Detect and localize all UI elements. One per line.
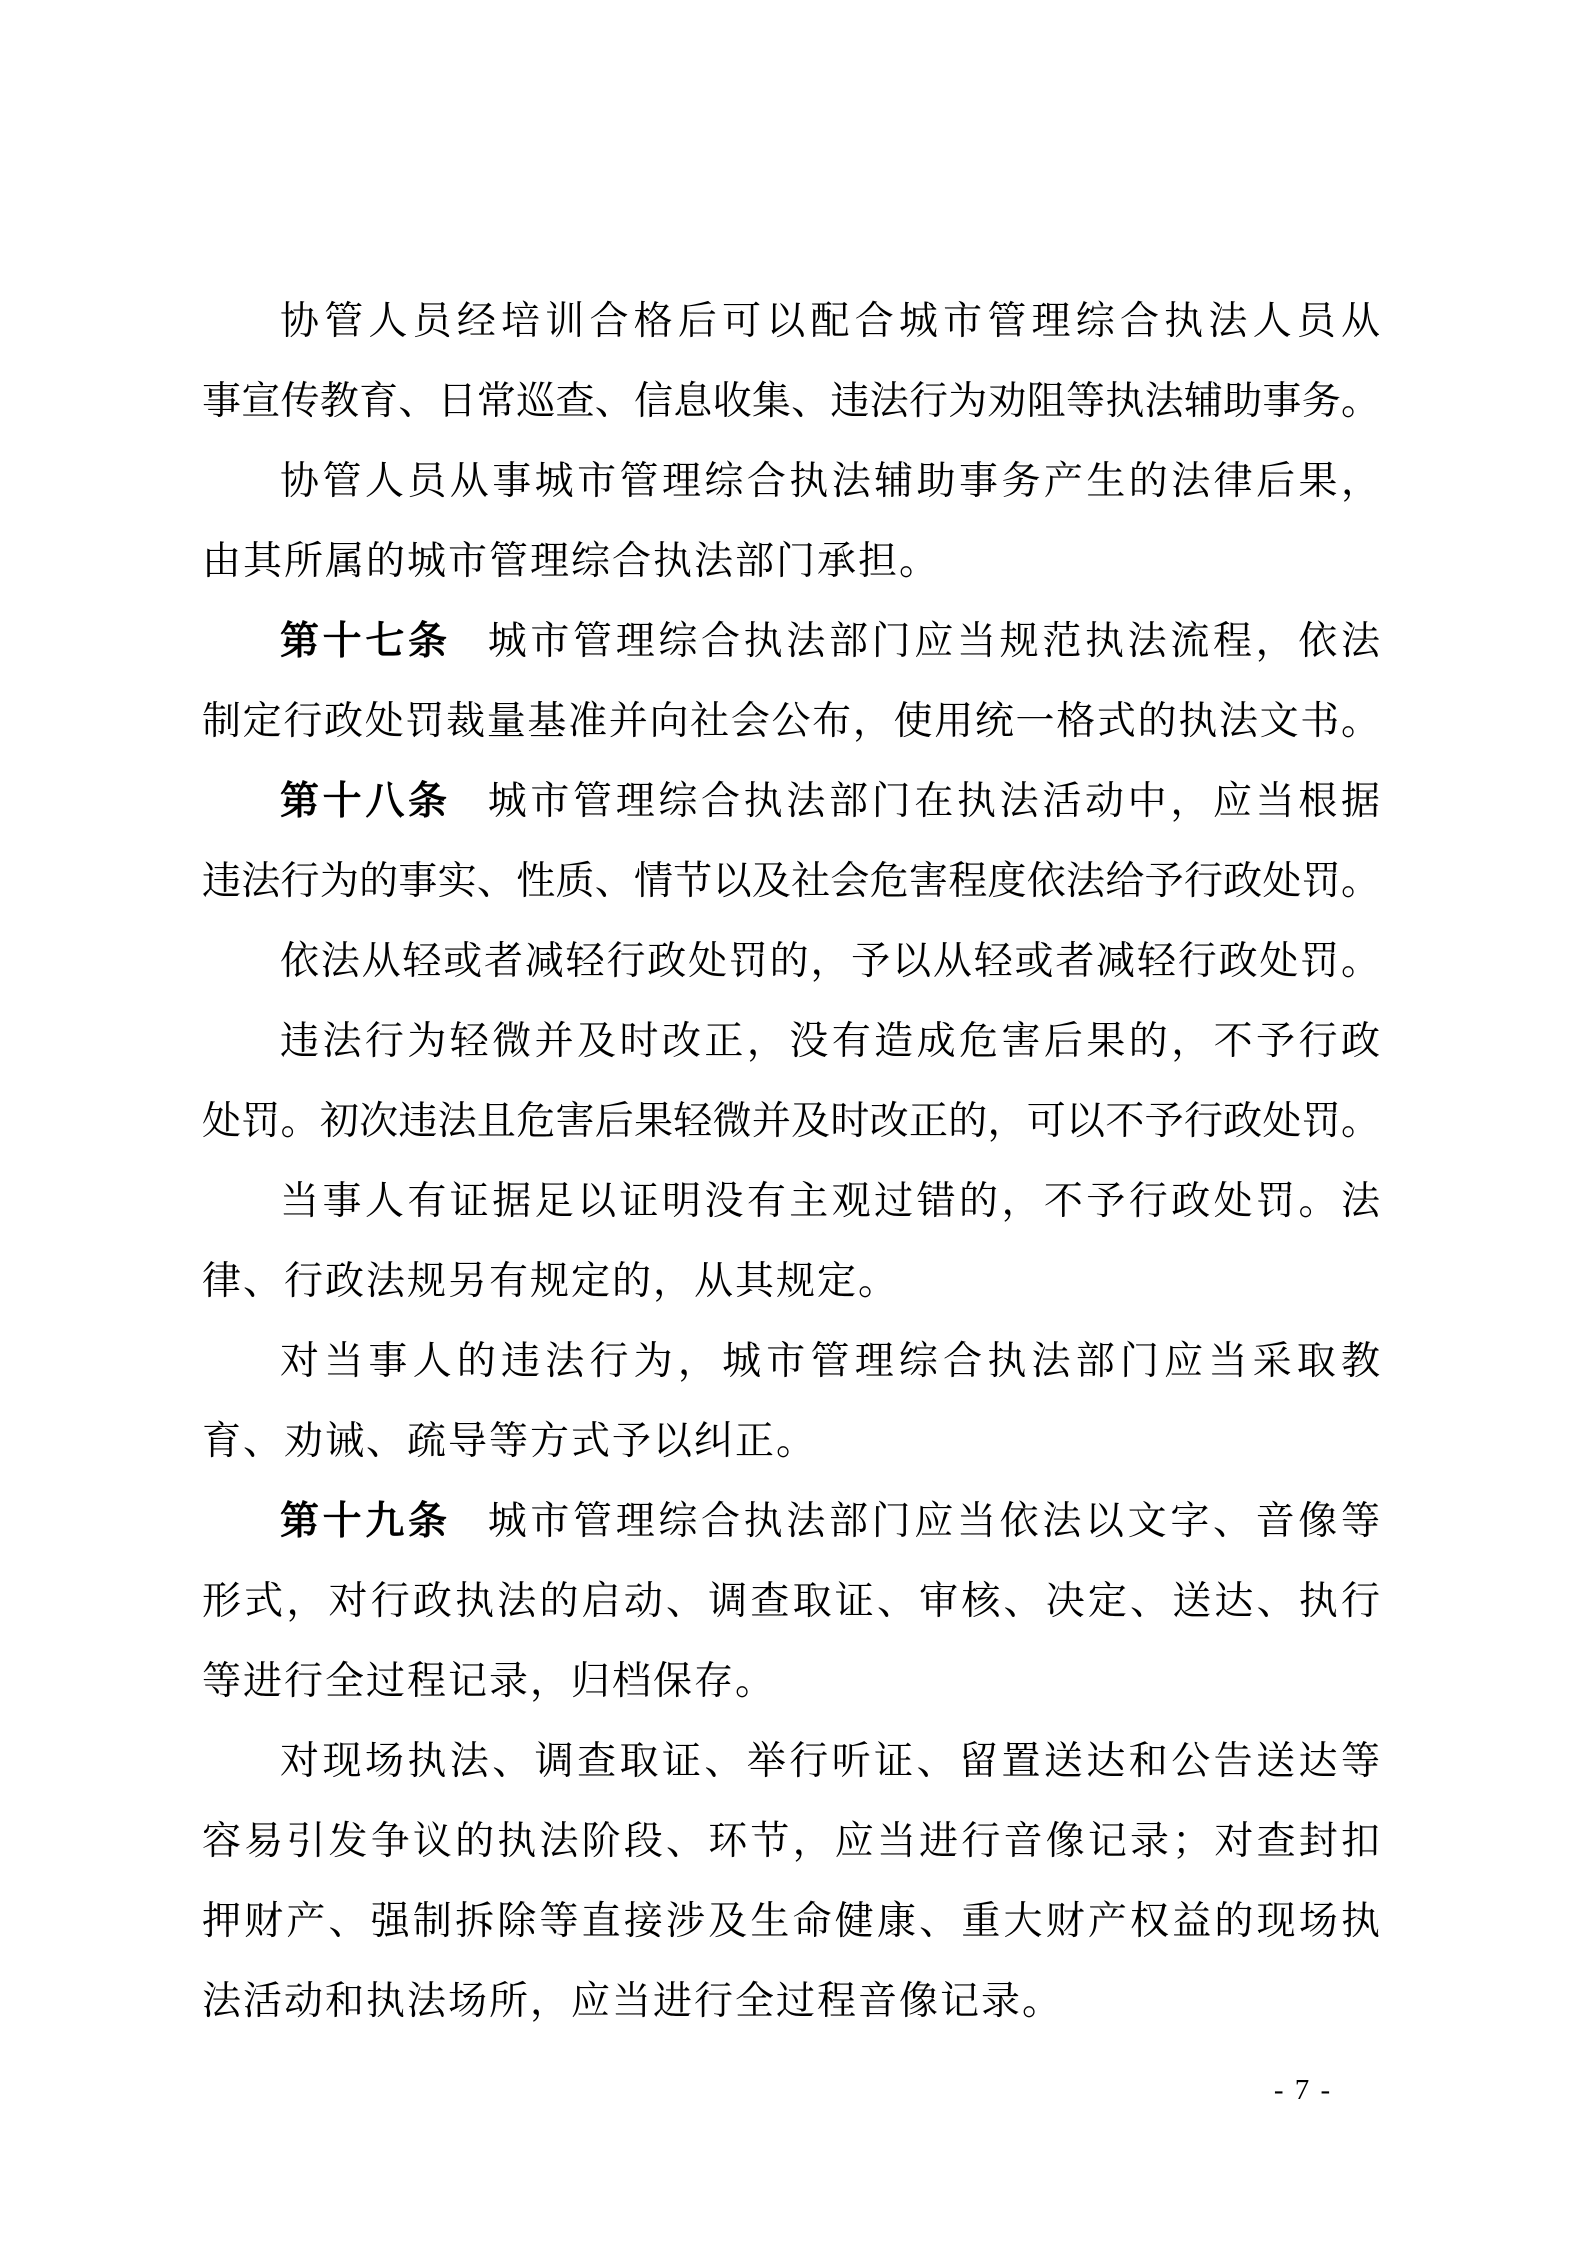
text-line: 对现场执法、调查取证、举行听证、留置送达和公告送达等: [202, 1722, 1380, 1802]
text-line: 当事人有证据足以证明没有主观过错的，不予行政处罚。法: [202, 1162, 1380, 1242]
text-line: 形式，对行政执法的启动、调查取证、审核、决定、送达、执行: [202, 1562, 1380, 1642]
article-number-heading: 第十七条: [280, 620, 451, 663]
article-number-heading: 第十八条: [280, 780, 451, 823]
text-line: 律、行政法规另有规定的，从其规定。: [202, 1242, 1380, 1322]
text-line: 协管人员经培训合格后可以配合城市管理综合执法人员从: [202, 282, 1380, 362]
text-line: 依法从轻或者减轻行政处罚的，予以从轻或者减轻行政处罚。: [202, 922, 1380, 1002]
text-line: 制定行政处罚裁量基准并向社会公布，使用统一格式的执法文书。: [202, 682, 1380, 762]
article-number-heading: 第十九条: [280, 1500, 451, 1543]
text-line: 押财产、强制拆除等直接涉及生命健康、重大财产权益的现场执: [202, 1882, 1380, 1962]
text-line: 育、劝诫、疏导等方式予以纠正。: [202, 1402, 1380, 1482]
text-line: 违法行为的事实、性质、情节以及社会危害程度依法给予行政处罚。: [202, 842, 1380, 922]
text-line: 容易引发争议的执法阶段、环节，应当进行音像记录；对查封扣: [202, 1802, 1380, 1882]
page-number: - 7 -: [1243, 2066, 1363, 2114]
document-page: 协管人员经培训合格后可以配合城市管理综合执法人员从事宣传教育、日常巡查、信息收集…: [0, 0, 1587, 2245]
text-line: 由其所属的城市管理综合执法部门承担。: [202, 522, 1380, 602]
text-line: 第十九条城市管理综合执法部门应当依法以文字、音像等: [202, 1482, 1380, 1562]
text-line: 第十八条城市管理综合执法部门在执法活动中，应当根据: [202, 762, 1380, 842]
text-line: 事宣传教育、日常巡查、信息收集、违法行为劝阻等执法辅助事务。: [202, 362, 1380, 442]
text-line: 第十七条城市管理综合执法部门应当规范执法流程，依法: [202, 602, 1380, 682]
text-line: 处罚。初次违法且危害后果轻微并及时改正的，可以不予行政处罚。: [202, 1082, 1380, 1162]
text-line: 违法行为轻微并及时改正，没有造成危害后果的，不予行政: [202, 1002, 1380, 1082]
text-line: 等进行全过程记录，归档保存。: [202, 1642, 1380, 1722]
text-line: 法活动和执法场所，应当进行全过程音像记录。: [202, 1962, 1380, 2042]
text-line: 对当事人的违法行为，城市管理综合执法部门应当采取教: [202, 1322, 1380, 1402]
text-line: 协管人员从事城市管理综合执法辅助事务产生的法律后果，: [202, 442, 1380, 522]
text-block: 协管人员经培训合格后可以配合城市管理综合执法人员从事宣传教育、日常巡查、信息收集…: [202, 282, 1380, 2042]
